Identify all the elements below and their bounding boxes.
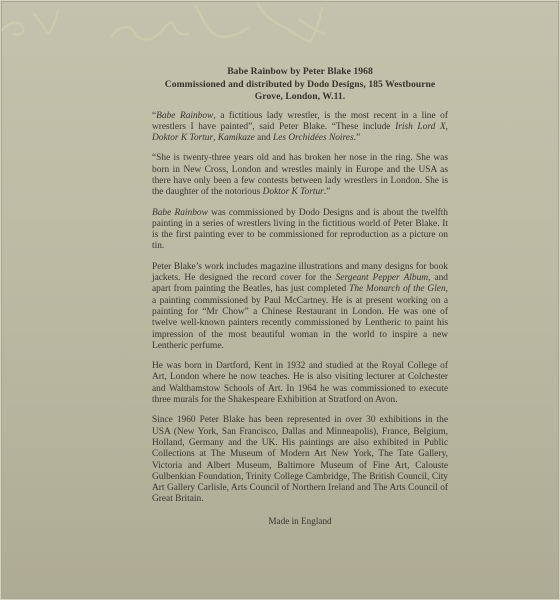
italic-title-text: Les Orchidées Noires — [273, 133, 354, 143]
body-text: Since 1960 Peter Blake has been represen… — [152, 415, 448, 504]
italic-title-text: Sergeant Pepper Album — [336, 273, 428, 283]
body-text: , — [446, 122, 448, 132]
paragraph-work: Peter Blake’s work includes magazine ill… — [152, 262, 448, 352]
made-in-england-label: Made in England — [152, 515, 448, 527]
italic-title-text: Doktor K Tortur — [263, 187, 324, 197]
body-text: and — [255, 133, 273, 143]
paragraph-quote-biography: “She is twenty-three years old and has b… — [152, 153, 448, 198]
paragraph-commission: Babe Rainbow was commissioned by Dodo De… — [152, 208, 448, 253]
body-text: .” — [354, 133, 361, 143]
heading-title: Babe Rainbow by Peter Blake 1968 — [152, 66, 448, 79]
body-text: .” — [324, 187, 331, 197]
document-body: Babe Rainbow by Peter Blake 1968 Commiss… — [152, 66, 448, 527]
heading-commission-line-1: Commissioned and distributed by Dodo Des… — [152, 79, 448, 92]
italic-title-text: Babe Rainbow — [152, 208, 208, 218]
italic-title-text: Doktor K Tortur — [152, 133, 213, 143]
italic-title-text: Irish Lord X — [395, 122, 446, 132]
document-heading: Babe Rainbow by Peter Blake 1968 Commiss… — [152, 66, 448, 104]
body-text: He was born in Dartford, Kent in 1932 an… — [152, 361, 448, 405]
italic-title-text: The Monarch of the Glen — [349, 284, 446, 294]
italic-title-text: Babe Rainbow — [156, 111, 213, 121]
paragraph-quote-intro: “Babe Rainbow, a fictitious lady wrestle… — [152, 111, 448, 145]
heading-commission-line-2: Grove, London, W.11. — [152, 91, 448, 104]
italic-title-text: Kamikaze — [218, 133, 255, 143]
paragraph-exhibitions: Since 1960 Peter Blake has been represen… — [152, 415, 448, 505]
faint-signature — [0, 0, 560, 60]
paragraph-background: He was born in Dartford, Kent in 1932 an… — [152, 361, 448, 406]
